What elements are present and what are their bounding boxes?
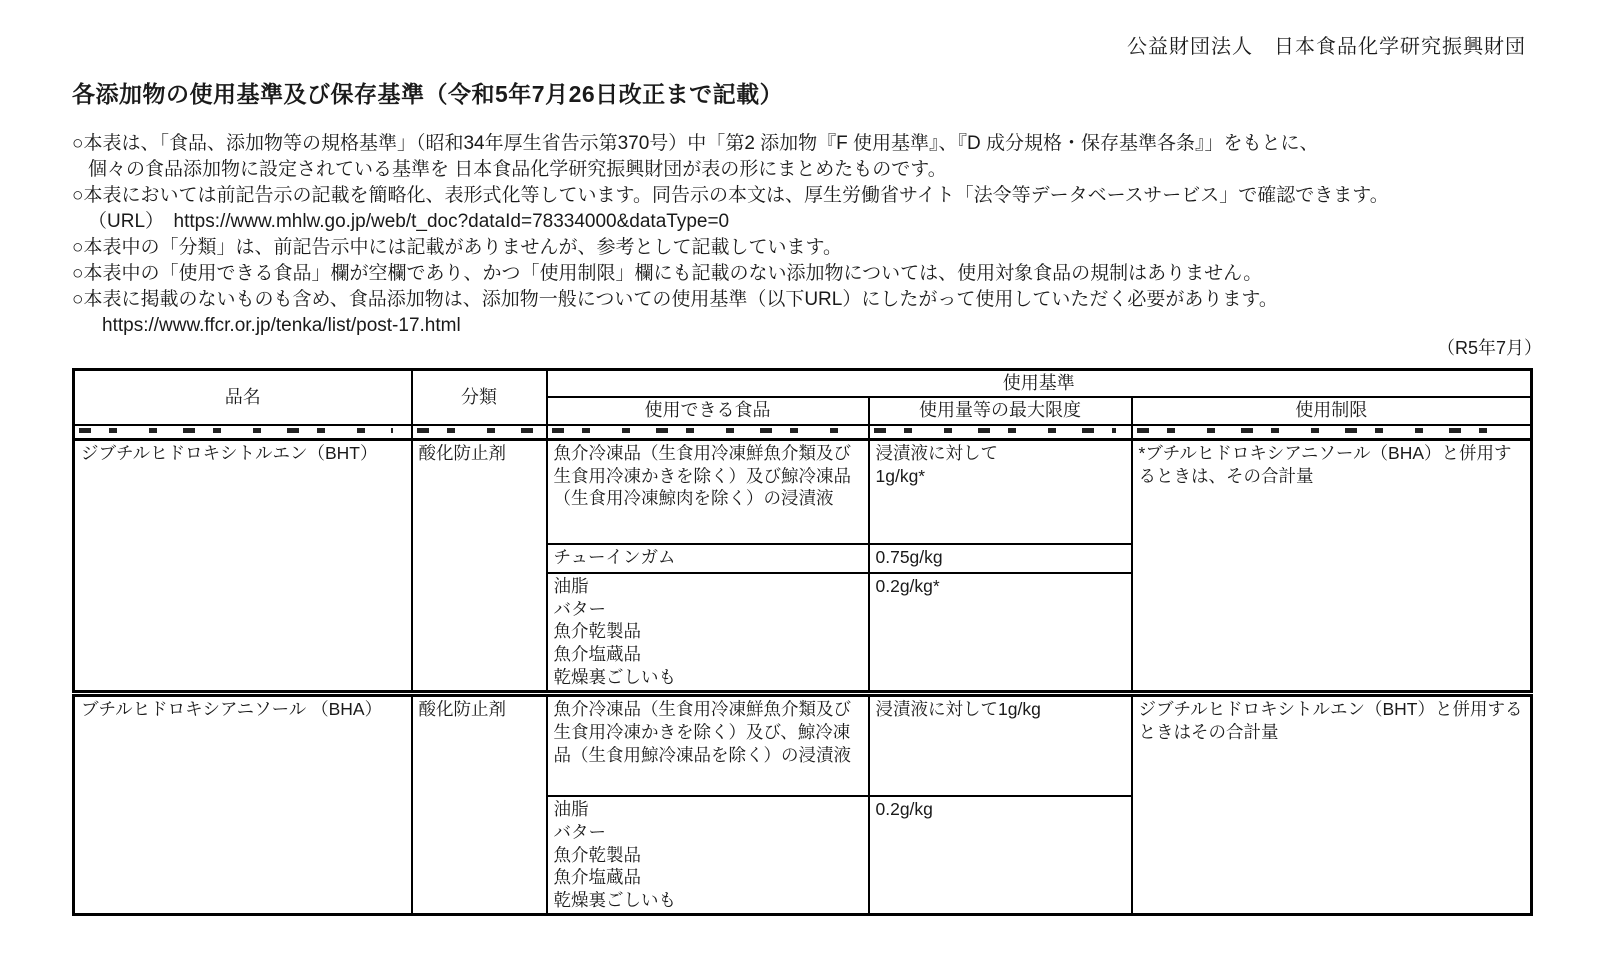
foods-cell: 油脂 バター 魚介乾製品 魚介塩蔵品 乾燥裏ごしいも — [547, 573, 869, 691]
col-header-category: 分類 — [412, 370, 547, 425]
organization-name: 公益財団法人 日本食品化学研究振興財団 — [1127, 30, 1526, 59]
clipped-text-marks — [874, 428, 1117, 433]
note-line-5: ○本表に掲載のないものも含め、食品添加物は、添加物一般についての使用基準（以下U… — [72, 287, 1472, 313]
clipped-text-marks — [552, 428, 852, 433]
limit-cell: 浸漬液に対して 1g/kg* — [869, 439, 1132, 544]
date-label: （R5年7月） — [1437, 334, 1542, 360]
mhlw-url-link[interactable]: https://www.mhlw.go.jp/web/t_doc?dataId=… — [174, 211, 730, 232]
clipped-cell — [74, 425, 412, 440]
foods-cell: 油脂 バター 魚介乾製品 魚介塩蔵品 乾燥裏ごしいも — [547, 796, 869, 914]
note-line-1: ○本表は、「食品、添加物等の規格基準」（昭和34年厚生省告示第370号）中「第2… — [72, 131, 1472, 157]
col-header-standard: 使用基準 — [547, 370, 1532, 398]
product-name-cell: ブチルヒドロキシアニソール （BHA） — [74, 696, 412, 915]
clipped-text-marks — [417, 428, 537, 433]
limit-cell: 0.2g/kg* — [869, 573, 1132, 691]
table-header: 品名 分類 使用基準 使用できる食品 使用量等の最大限度 使用制限 — [74, 370, 1532, 425]
note-line-1-continued: 個々の食品添加物に設定されている基準を 日本食品化学研究振興財団が表の形にまとめ… — [72, 157, 1472, 183]
clipped-text-marks — [79, 428, 393, 433]
notes-section: ○本表は、「食品、添加物等の規格基準」（昭和34年厚生省告示第370号）中「第2… — [72, 131, 1472, 339]
document-page: 公益財団法人 日本食品化学研究振興財団 各添加物の使用基準及び保存基準（令和5年… — [0, 0, 1600, 960]
note-line-2: ○本表においては前記告示の記載を簡略化、表形式化等しています。同告示の本文は、厚… — [72, 183, 1472, 209]
clipped-cell — [412, 425, 547, 440]
usage-table-bht: 品名 分類 使用基準 使用できる食品 使用量等の最大限度 使用制限 ジブチルヒド… — [72, 368, 1533, 693]
foods-cell: チューインガム — [547, 544, 869, 573]
ffcr-url-link[interactable]: https://www.ffcr.or.jp/tenka/list/post-1… — [102, 315, 461, 336]
col-header-restriction: 使用制限 — [1132, 397, 1532, 424]
foods-cell: 魚介冷凍品（生食用冷凍鮮魚介類及び生食用冷凍かきを除く）及び鯨冷凍品（生食用冷凍… — [547, 439, 869, 544]
col-header-name: 品名 — [74, 370, 412, 425]
col-header-foods: 使用できる食品 — [547, 397, 869, 424]
usage-table-bha: ブチルヒドロキシアニソール （BHA） 酸化防止剤 魚介冷凍品（生食用冷凍鮮魚介… — [72, 694, 1533, 916]
note-line-2-url: （URL） https://www.mhlw.go.jp/web/t_doc?d… — [72, 209, 1472, 235]
limit-cell: 0.75g/kg — [869, 544, 1132, 573]
limit-cell: 浸漬液に対して1g/kg — [869, 696, 1132, 797]
restriction-cell: ジブチルヒドロキシトルエン（BHT）と併用するときはその合計量 — [1132, 696, 1532, 915]
note-line-4: ○本表中の「使用できる食品」欄が空欄であり、かつ「使用制限」欄にも記載のない添加… — [72, 261, 1472, 287]
table-row: ブチルヒドロキシアニソール （BHA） 酸化防止剤 魚介冷凍品（生食用冷凍鮮魚介… — [74, 696, 1532, 797]
note-line-3: ○本表中の「分類」は、前記告示中には記載がありませんが、参考として記載しています… — [72, 235, 1472, 261]
clipped-cell — [547, 425, 869, 440]
clipped-partial-row — [74, 425, 1532, 440]
category-cell: 酸化防止剤 — [412, 696, 547, 915]
clipped-cell — [869, 425, 1132, 440]
clipped-cell — [1132, 425, 1532, 440]
clipped-text-marks — [1137, 428, 1511, 433]
limit-cell: 0.2g/kg — [869, 796, 1132, 914]
restriction-cell: *ブチルヒドロキシアニソール（BHA）と併用するときは、その合計量 — [1132, 439, 1532, 691]
col-header-max-limit: 使用量等の最大限度 — [869, 397, 1132, 424]
url-label: （URL） — [88, 211, 174, 232]
table-row: ジブチルヒドロキシトルエン（BHT） 酸化防止剤 魚介冷凍品（生食用冷凍鮮魚介類… — [74, 439, 1532, 544]
page-title: 各添加物の使用基準及び保存基準（令和5年7月26日改正まで記載） — [72, 76, 783, 109]
product-name-cell: ジブチルヒドロキシトルエン（BHT） — [74, 439, 412, 691]
note-line-5-url: https://www.ffcr.or.jp/tenka/list/post-1… — [72, 313, 1472, 339]
foods-cell: 魚介冷凍品（生食用冷凍鮮魚介類及び生食用冷凍かきを除く）及び、鯨冷凍品（生食用鯨… — [547, 696, 869, 797]
category-cell: 酸化防止剤 — [412, 439, 547, 691]
